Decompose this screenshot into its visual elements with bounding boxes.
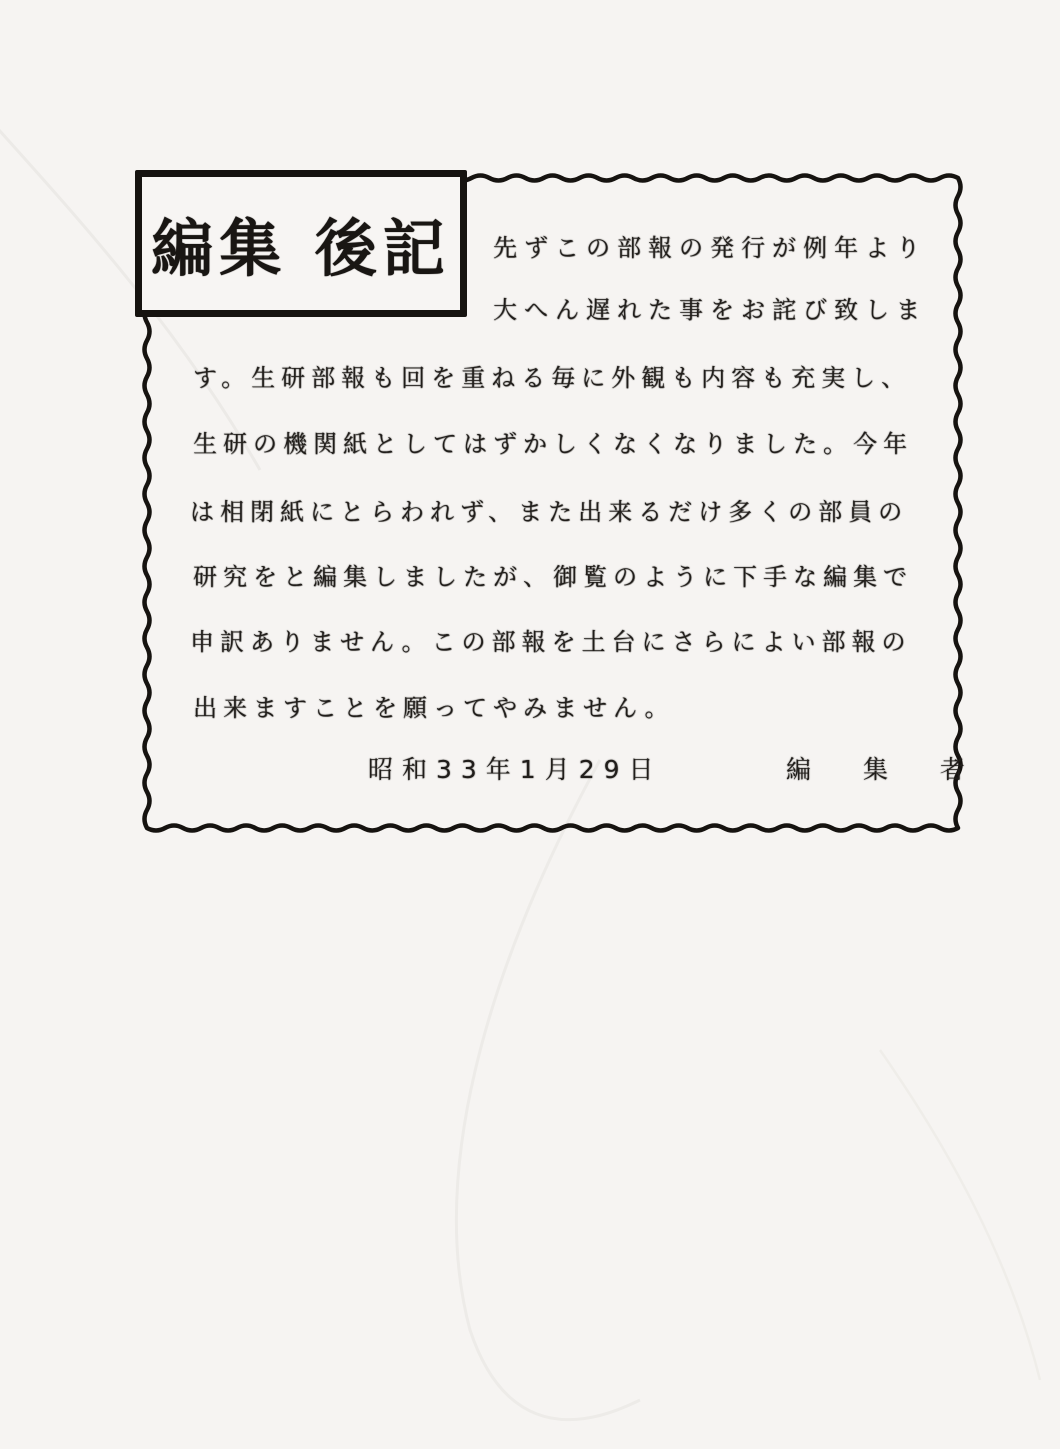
note-line: 出来ますことを願ってやみません。 [193,688,674,723]
note-line: 大へん遅れた事をお詫び致しま [493,290,927,325]
scanned-page: 編集 後記 先ずこの部報の発行が例年より 大へん遅れた事をお詫び致しま す。生研… [0,0,1060,1449]
note-title: 編集 後記 [151,199,451,288]
note-line: す。生研部報も回を重ねる毎に外観も内容も充実し、 [193,358,911,393]
note-line: 申訳ありません。この部報を土台にさらによい部報の [190,622,911,657]
note-line: 研究をと編集しましたが、御覧のように下手な編集で [193,557,913,592]
note-date: 昭和33年1月29日 [368,750,663,786]
note-signature: 編 集 者 [786,750,987,786]
note-line: 先ずこの部報の発行が例年より [493,228,927,263]
title-box: 編集 後記 [135,170,467,317]
note-line: 生研の機関紙としてはずかしくなくなりました。今年 [193,424,913,459]
note-line: は相閉紙にとらわれず、また出来るだけ多くの部員の [190,492,908,527]
